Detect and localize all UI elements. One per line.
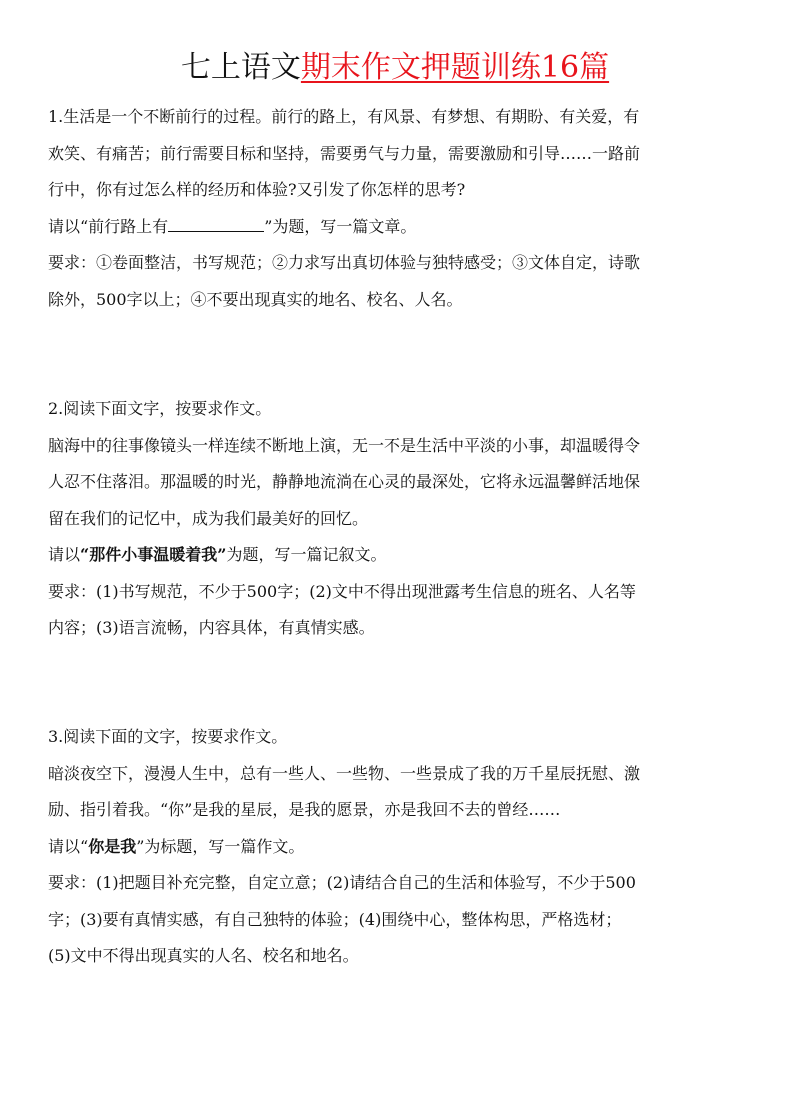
- prompt-heading: 3.阅读下面的文字，按要求作文。: [48, 719, 748, 756]
- essay-prompt-3: 3.阅读下面的文字，按要求作文。 暗淡夜空下，漫漫人生中，总有一些人、一些物、一…: [48, 719, 748, 975]
- requirements-line: 要求：①卷面整洁，书写规范；②力求写出真切体验与独特感受；③文体自定，诗歌: [48, 245, 748, 282]
- essay-topic-line: 请以“你是我”为标题，写一篇作文。: [48, 829, 748, 866]
- requirements-line: (5)文中不得出现真实的人名、校名和地名。: [48, 938, 748, 975]
- essay-prompt-2: 2.阅读下面文字，按要求作文。 脑海中的往事像镜头一样连续不断地上演，无一不是生…: [48, 391, 748, 647]
- prompt-text-line: 欢笑、有痛苦；前行需要目标和坚持，需要勇气与力量，需要激励和引导……一路前: [48, 136, 748, 173]
- prompt-text-line: 行中，你有过怎么样的经历和体验?又引发了你怎样的思考?: [48, 172, 748, 209]
- topic-suffix: ”为题，写一篇文章。: [264, 217, 416, 236]
- topic-prefix: 请以: [48, 545, 80, 564]
- prompt-text-line: 1.生活是一个不断前行的过程。前行的路上，有风景、有梦想、有期盼、有关爱，有: [48, 99, 748, 136]
- requirements-line: 字；(3)要有真情实感，有自己独特的体验；(4)围绕中心，整体构思，严格选材；: [48, 902, 748, 939]
- essay-topic-line: 请以“前行路上有”为题，写一篇文章。: [48, 209, 748, 246]
- requirements-line: 除外，500字以上；④不要出现真实的地名、校名、人名。: [48, 282, 748, 319]
- prompt-text-line: 人忍不住落泪。那温暖的时光，静静地流淌在心灵的最深处，它将永远温馨鲜活地保: [48, 464, 748, 501]
- title-grade-subject: 七上语文: [181, 50, 301, 85]
- document-title: 七上语文期末作文押题训练16篇: [0, 48, 790, 88]
- title-highlight: 期末作文押题训练16篇: [301, 50, 609, 85]
- requirements-line: 内容；(3)语言流畅，内容具体，有真情实感。: [48, 610, 748, 647]
- essay-title: “那件小事温暖着我”: [80, 545, 226, 564]
- topic-suffix: 为题，写一篇记叙文。: [226, 545, 386, 564]
- topic-prefix: 请以“: [48, 837, 88, 856]
- prompt-text-line: 脑海中的往事像镜头一样连续不断地上演，无一不是生活中平淡的小事，却温暖得令: [48, 428, 748, 465]
- fill-in-blank: [168, 215, 264, 232]
- topic-prefix: 请以“前行路上有: [48, 217, 168, 236]
- requirements-line: 要求：(1)书写规范，不少于500字；(2)文中不得出现泄露考生信息的班名、人名…: [48, 574, 748, 611]
- prompt-text-line: 暗淡夜空下，漫漫人生中，总有一些人、一些物、一些景成了我的万千星辰抚慰、激: [48, 756, 748, 793]
- essay-topic-line: 请以“那件小事温暖着我”为题，写一篇记叙文。: [48, 537, 748, 574]
- prompt-heading: 2.阅读下面文字，按要求作文。: [48, 391, 748, 428]
- prompt-text-line: 留在我们的记忆中，成为我们最美好的回忆。: [48, 501, 748, 538]
- requirements-line: 要求：(1)把题目补充完整，自定立意；(2)请结合自己的生活和体验写，不少于50…: [48, 865, 748, 902]
- topic-suffix: ”为标题，写一篇作文。: [136, 837, 304, 856]
- essay-prompt-1: 1.生活是一个不断前行的过程。前行的路上，有风景、有梦想、有期盼、有关爱，有 欢…: [48, 99, 748, 318]
- prompt-text-line: 励、指引着我。“你”是我的星辰，是我的愿景，亦是我回不去的曾经……: [48, 792, 748, 829]
- essay-title: 你是我: [88, 837, 136, 856]
